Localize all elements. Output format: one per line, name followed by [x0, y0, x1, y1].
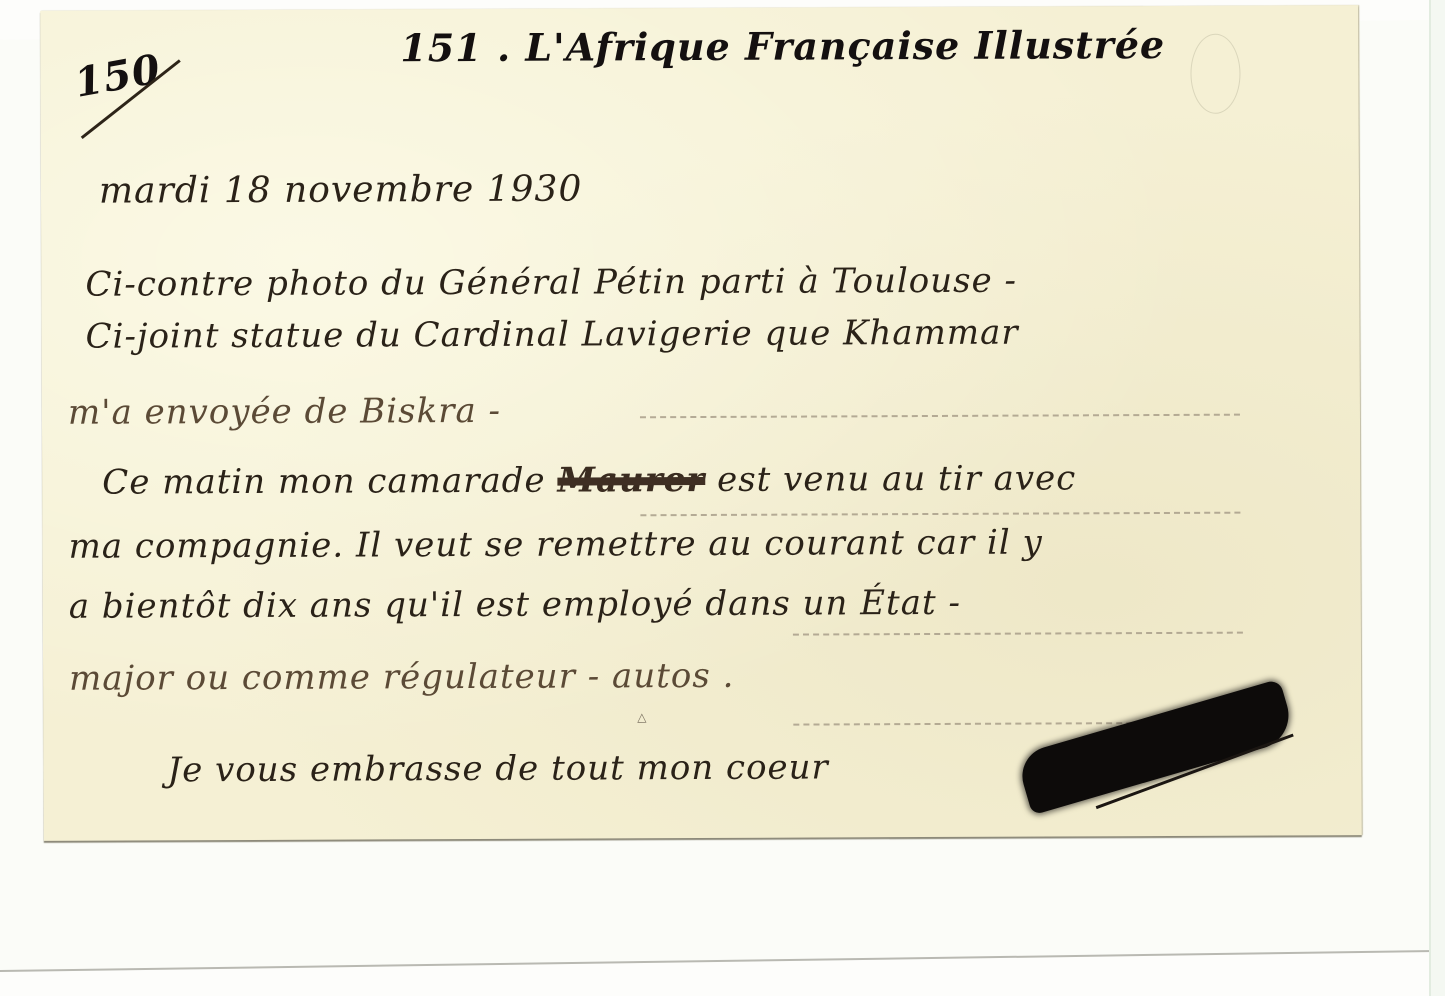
dotted-rule-1: [640, 414, 1240, 419]
dotted-rule-2: [640, 512, 1240, 517]
letter-line-1: Ci-contre photo du Général Pétin parti à…: [85, 261, 1017, 305]
letter-line-5: ma compagnie. Il veut se remettre au cou…: [68, 523, 1042, 567]
series-title: L'Afrique Française Illustrée: [525, 22, 1165, 70]
postcard: 150 151 . L'Afrique Française Illustrée …: [40, 5, 1362, 841]
dotted-rule-3: [793, 632, 1243, 636]
letter-line-7: major ou comme régulateur - autos .: [69, 656, 734, 699]
letter-line-2: Ci-joint statue du Cardinal Lavigerie qu…: [86, 313, 1019, 357]
faint-pencil-mark: [1190, 34, 1240, 114]
letter-closing: Je vous embrasse de tout mon coeur: [167, 747, 828, 790]
letter-line-3: m'a envoyée de Biskra -: [68, 391, 501, 433]
letter-line-4-end: est venu au tir avec: [717, 458, 1076, 500]
letter-line-4-start: Ce matin mon camarade: [102, 461, 546, 503]
archive-number: 150: [71, 45, 164, 107]
letter-line-4: Ce matin mon camarade Maurer est venu au…: [102, 458, 1076, 502]
series-title-line: 151 . L'Afrique Française Illustrée: [400, 22, 1165, 70]
letter-line-6: a bientôt dix ans qu'il est employé dans…: [69, 583, 961, 627]
underlying-card-edge: [1429, 0, 1445, 996]
letter-date: mardi 18 novembre 1930: [99, 169, 583, 212]
small-pencil-mark: △: [637, 710, 646, 724]
redacted-name: Maurer: [557, 460, 705, 501]
card-number: 151 .: [400, 25, 511, 70]
